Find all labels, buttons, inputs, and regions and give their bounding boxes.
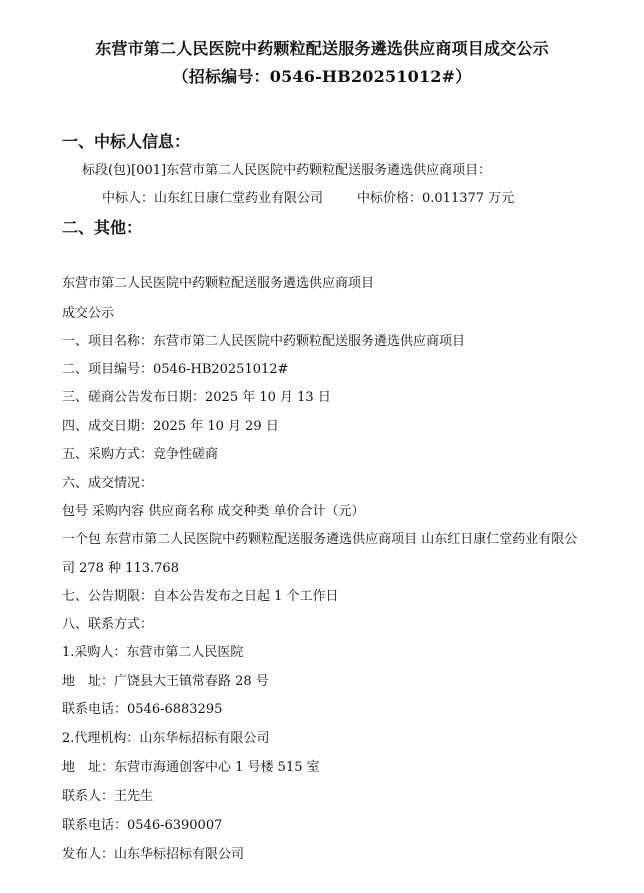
lot-line: 标段(包)[001]东营市第二人民医院中药颗粒配送服务遴选供应商项目： [82, 159, 491, 178]
body-line: 六、成交情况： [62, 472, 153, 491]
contact-person: 联系人：王先生 [62, 785, 153, 804]
contact-purchaser-phone: 联系电话：0546-6883295 [62, 698, 222, 717]
result-table-header: 包号 采购内容 供应商名称 成交种类 单价合计（元） [62, 500, 365, 519]
contact-agency-address: 地 址：东营市海通创客中心 1 号楼 515 室 [62, 756, 320, 775]
body-line: 成交公示 [62, 302, 114, 321]
contact-purchaser: 1.采购人：东营市第二人民医院 [62, 641, 243, 660]
section-heading-other: 二、其他： [62, 215, 142, 238]
section-heading-winner-info: 一、中标人信息： [62, 129, 190, 152]
contact-agency: 2.代理机构：山东华标招标有限公司 [62, 727, 269, 746]
result-table-row-cont: 司 278 种 113.768 [62, 557, 179, 576]
contact-purchaser-address: 地 址：广饶县大王镇常春路 28 号 [62, 670, 269, 689]
publisher: 发布人：山东华标招标有限公司 [62, 843, 244, 862]
winner-name: 中标人：山东红日康仁堂药业有限公司 [102, 187, 323, 206]
body-line: 一、项目名称：东营市第二人民医院中药颗粒配送服务遴选供应商项目 [62, 330, 465, 349]
body-line: 七、公告期限：自本公告发布之日起 1 个工作日 [62, 585, 339, 604]
tender-code: （招标编号：0546-HB20251012#） [0, 64, 644, 87]
body-line: 八、联系方式： [62, 613, 153, 632]
result-table-row: 一个包 东营市第二人民医院中药颗粒配送服务遴选供应商项目 山东红日康仁堂药业有限… [62, 528, 577, 547]
contact-agency-phone: 联系电话：0546-6390007 [62, 814, 222, 833]
body-line: 四、成交日期：2025 年 10 月 29 日 [62, 415, 279, 434]
document-title: 东营市第二人民医院中药颗粒配送服务遴选供应商项目成交公示 [0, 36, 644, 59]
body-line: 五、采购方式：竞争性磋商 [62, 443, 218, 462]
body-line: 东营市第二人民医院中药颗粒配送服务遴选供应商项目 [62, 272, 374, 291]
body-line: 二、项目编号：0546-HB20251012# [62, 358, 288, 377]
body-line: 三、磋商公告发布日期：2025 年 10 月 13 日 [62, 386, 331, 405]
winner-price: 中标价格：0.011377 万元 [357, 187, 514, 206]
